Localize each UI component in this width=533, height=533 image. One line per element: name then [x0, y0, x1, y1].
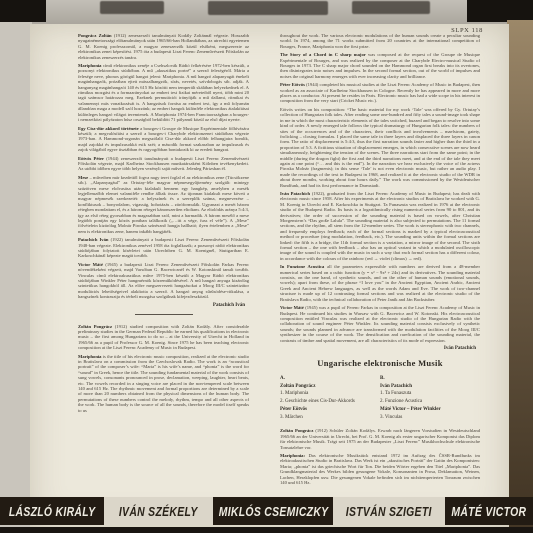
track-composer: Máté Victor – Péter Winkler	[380, 406, 480, 414]
cropped-letters-blob	[100, 1, 164, 14]
paragraph: Egy Cisz-dúr akkord története a bourges-…	[78, 126, 249, 153]
artist-name: IVÁN SZÉKELY	[119, 504, 198, 519]
paragraph: Victor Máté (1945) a budapesti Liszt Fer…	[78, 262, 249, 300]
artist-name: MÁTÉ VICTOR	[451, 504, 526, 519]
paragraph: Eötvös writes on his composition: “The b…	[280, 107, 480, 188]
artist-name-segment: IVÁN SZÉKELY	[104, 497, 213, 525]
side-label: B.	[380, 375, 480, 383]
notes-author-signature: Patachich Iván	[78, 303, 245, 309]
tracklist: Ungarische elektronische MusikA.Zoltán P…	[280, 358, 480, 422]
photo-edge-bottom	[0, 527, 533, 533]
paragraph-lead: Mariphonia:	[280, 453, 308, 458]
paragraph-lead: Iván Patachich	[280, 191, 312, 196]
cropped-top-cover-strip	[0, 0, 533, 26]
sleeve-edge-left	[0, 22, 32, 527]
paragraph-lead: Eötvös Péter	[78, 156, 106, 161]
cropped-letters-blob	[208, 1, 328, 15]
track-composer: Iván Patachich	[380, 383, 480, 391]
paragraph: Zoltán Pongrácz (1912) Schüler Zoltán Ko…	[280, 428, 480, 450]
paragraph-lead: Victor Máté	[280, 305, 305, 310]
cropped-letters-blob	[352, 1, 430, 14]
paragraph-lead: Patachich Iván	[78, 237, 111, 242]
artist-name: MIKLÓS CSEMICZKY	[218, 504, 328, 519]
paragraph: The Story of a Chord in C sharp major wa…	[280, 52, 480, 79]
artist-name: ISTVÁN SZIGETI	[346, 504, 432, 519]
paragraph: Iván Patachich (1922), graduated from th…	[280, 191, 480, 261]
paragraph: Patachich Iván (1922) tanulmányait a bud…	[78, 237, 249, 259]
paragraph-lead: Egy Cisz-dúr akkord története	[78, 126, 140, 131]
paragraph: Pongrácz Zoltán (1912) zeneszerzői tanul…	[78, 33, 249, 60]
left-column: Pongrácz Zoltán (1912) zeneszerzői tanul…	[78, 33, 249, 527]
paragraph: Victor Máté (1945) was a pupil of Ferenc…	[280, 305, 480, 343]
text-columns: Pongrácz Zoltán (1912) zeneszerzői tanul…	[30, 33, 509, 527]
notes-author-signature: Iván Patachich	[280, 346, 476, 352]
track-title: 3. Märchen	[280, 414, 380, 422]
track-title: 1. Ta Funaszuta	[380, 390, 480, 398]
paragraph: Mariphonia: Das elektronische Musikstück…	[280, 453, 480, 485]
paragraph: Mariphonia is the title of his electroni…	[78, 354, 249, 413]
paragraph-lead: Mese	[78, 175, 89, 180]
paragraph: Péter Eötvös (1944) completed his musica…	[280, 82, 480, 104]
artist-name-segment: MÁTÉ VICTOR	[445, 497, 533, 525]
tracklist-columns: A.Zoltán Pongrácz1. Mariphonia2. Geschic…	[280, 375, 480, 422]
paragraph-lead: In Funzione Acustica	[280, 264, 327, 269]
paragraph: Zoltán Pongrácz (1912) studied compositi…	[78, 324, 249, 351]
right-column: throughout the work. The various electro…	[280, 33, 480, 527]
tracklist-side-a: A.Zoltán Pongrácz1. Mariphonia2. Geschic…	[280, 375, 380, 422]
liner-notes-sheet: SLPX 118 Pongrácz Zoltán (1912) zeneszer…	[30, 24, 509, 527]
paragraph: In Funzione Acustica all the parameters …	[280, 264, 480, 302]
artist-name: LÁSZLÓ KIRÁLY	[9, 504, 96, 519]
artist-name-segment: MIKLÓS CSEMICZKY	[213, 497, 333, 525]
photo-corner-dark	[0, 0, 46, 22]
side-label: A.	[280, 375, 380, 383]
track-title: 2. Funzione Acustica	[380, 398, 480, 406]
paragraph: throughout the work. The various electro…	[280, 33, 480, 49]
track-title: 3. Vinculas	[380, 414, 480, 422]
artist-names-bar: LÁSZLÓ KIRÁLYIVÁN SZÉKELYMIKLÓS CSEMICZK…	[0, 497, 533, 525]
album-back-cover-photo: SLPX 118 Pongrácz Zoltán (1912) zeneszer…	[0, 0, 533, 533]
tracklist-heading: Ungarische elektronische Musik	[280, 358, 480, 368]
paragraph-lead: Zoltán Pongrácz	[280, 428, 315, 433]
photo-corner-dark	[467, 0, 533, 22]
paragraph-lead: The Story of a Chord in C sharp major	[280, 52, 368, 57]
paragraph-lead: Pongrácz Zoltán	[78, 33, 114, 38]
tracklist-side-b: B.Iván Patachich1. Ta Funaszuta2. Funzio…	[380, 375, 480, 422]
paragraph: Mariphonia című elektronikus zenéje a Cs…	[78, 63, 249, 122]
paragraph-lead: Péter Eötvös	[280, 82, 306, 87]
section-divider-rule	[135, 314, 193, 315]
paragraph-lead: Zoltán Pongrácz	[78, 324, 115, 329]
paragraph: Eötvös Péter (1944) zeneszerzői tanulmán…	[78, 156, 249, 172]
track-composer: Zoltán Pongrácz	[280, 383, 380, 391]
sleeve-edge-right	[507, 20, 533, 527]
paragraph: Mese – műveiben már kezdettől fogva nagy…	[78, 175, 249, 234]
paragraph-lead: Mariphonia	[78, 354, 103, 359]
track-composer: Péter Eötvös	[280, 406, 380, 414]
track-title: 1. Mariphonia	[280, 390, 380, 398]
artist-name-segment: ISTVÁN SZIGETI	[333, 497, 445, 525]
artist-name-segment: LÁSZLÓ KIRÁLY	[0, 497, 104, 525]
paragraph-lead: Victor Máté	[78, 262, 105, 267]
paragraph-lead: Mariphonia	[78, 63, 103, 68]
track-title: 2. Geschichte eines Cis-Dur-Akkords	[280, 398, 380, 406]
